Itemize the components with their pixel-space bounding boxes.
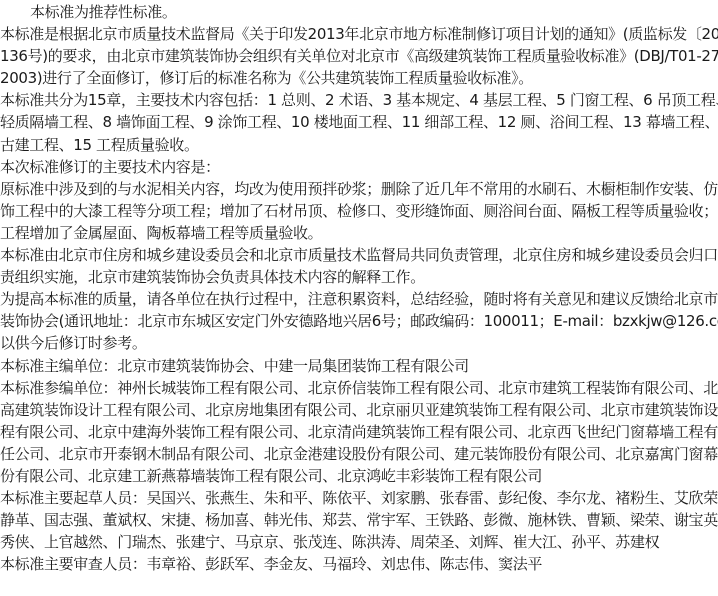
recommendation-statement: 本标准为推荐性标准。 (0, 1, 714, 23)
document-body: 本标准为推荐性标准。 本标准是根据北京市质量技术监督局《关于印发2013年北京市… (0, 0, 718, 575)
text-line-participants: 本标准参编单位：神州长城装饰工程有限公司、北京侨信装饰工程有限公司、北京市建筑工… (0, 377, 714, 399)
text-line-participants-cont: 份有限公司、北京建工新燕幕墙装饰工程有限公司、北京鸿屹丰彩装饰工程有限公司 (0, 465, 714, 487)
text-line-drafters: 本标准主要起草人员：吴国兴、张燕生、朱和平、陈依平、刘家鹏、张春雷、彭纪俊、李尔… (0, 487, 714, 509)
text-line-management: 本标准由北京市住房和城乡建设委员会和北京市质量技术监督局共同负责管理，北京住房和… (0, 244, 714, 266)
text-line-revision-cont: 工程增加了金属屋面、陶板幕墙工程等质量验收。 (0, 222, 714, 244)
text-line-chapters-cont: 古建工程、15 工程质量验收。 (0, 134, 714, 156)
text-line-drafters-cont: 静革、国志强、董斌权、宋捷、杨加喜、韩光伟、郑芸、常宇军、王铁路、彭微、施林铁、… (0, 509, 714, 531)
text-line-revision-heading: 本次标准修订的主要技术内容是： (0, 156, 714, 178)
text-line-feedback: 为提高本标准的质量，请各单位在执行过程中，注意积累资料，总结经验，随时将有关意见… (0, 288, 714, 310)
text-line-chief-editor: 本标准主编单位：北京市建筑装饰协会、中建一局集团装饰工程有限公司 (0, 355, 714, 377)
text-line-basis-cont: 2003)进行了全面修订，修订后的标准名称为《公共建筑装饰工程质量验收标准》。 (0, 67, 714, 89)
text-line-participants-cont: 程有限公司、北京中建海外装饰工程有限公司、北京清尚建筑装饰工程有限公司、北京西飞… (0, 421, 714, 443)
text-line-participants-cont: 高建筑装饰设计工程有限公司、北京房地集团有限公司、北京丽贝亚建筑装饰工程有限公司… (0, 399, 714, 421)
text-line-management-cont: 责组织实施，北京市建筑装饰协会负责具体技术内容的解释工作。 (0, 266, 714, 288)
text-line-chapters-cont: 轻质隔墙工程、8 墙饰面工程、9 涂饰工程、10 楼地面工程、11 细部工程、1… (0, 111, 714, 133)
text-line-revision-cont: 饰工程中的大漆工程等分项工程；增加了石材吊顶、检修口、变形缝饰面、厕浴间台面、隔… (0, 200, 714, 222)
text-line-feedback-contact: 装饰协会(通讯地址：北京市东城区安定门外安德路地兴居6号；邮政编码：100011… (0, 310, 714, 332)
text-line-basis: 本标准是根据北京市质量技术监督局《关于印发2013年北京市地方标准制修订项目计划… (0, 23, 714, 45)
text-line-feedback-cont: 以供今后修订时参考。 (0, 332, 714, 354)
text-line-drafters-cont: 秀侠、上官越然、门瑞杰、张建宁、马京京、张茂连、陈洪涛、周荣圣、刘辉、崔大江、孙… (0, 531, 714, 553)
text-line-chapters: 本标准共分为15章，主要技术内容包括：1 总则、2 术语、3 基本规定、4 基层… (0, 89, 714, 111)
text-line-basis-cont: 136号)的要求，由北京市建筑装饰协会组织有关单位对北京市《高级建筑装饰工程质量… (0, 45, 714, 67)
text-line-participants-cont: 任公司、北京市开泰钢木制品有限公司、北京金港建设股份有限公司、建元装饰股份有限公… (0, 443, 714, 465)
text-line-revision: 原标准中涉及到的与水泥相关内容，均改为使用预拌砂浆；删除了近几年不常用的水刷石、… (0, 178, 714, 200)
text-line-reviewers: 本标准主要审查人员：韦章裕、彭跃军、李金友、马福玲、刘忠伟、陈志伟、窦法平 (0, 553, 714, 575)
